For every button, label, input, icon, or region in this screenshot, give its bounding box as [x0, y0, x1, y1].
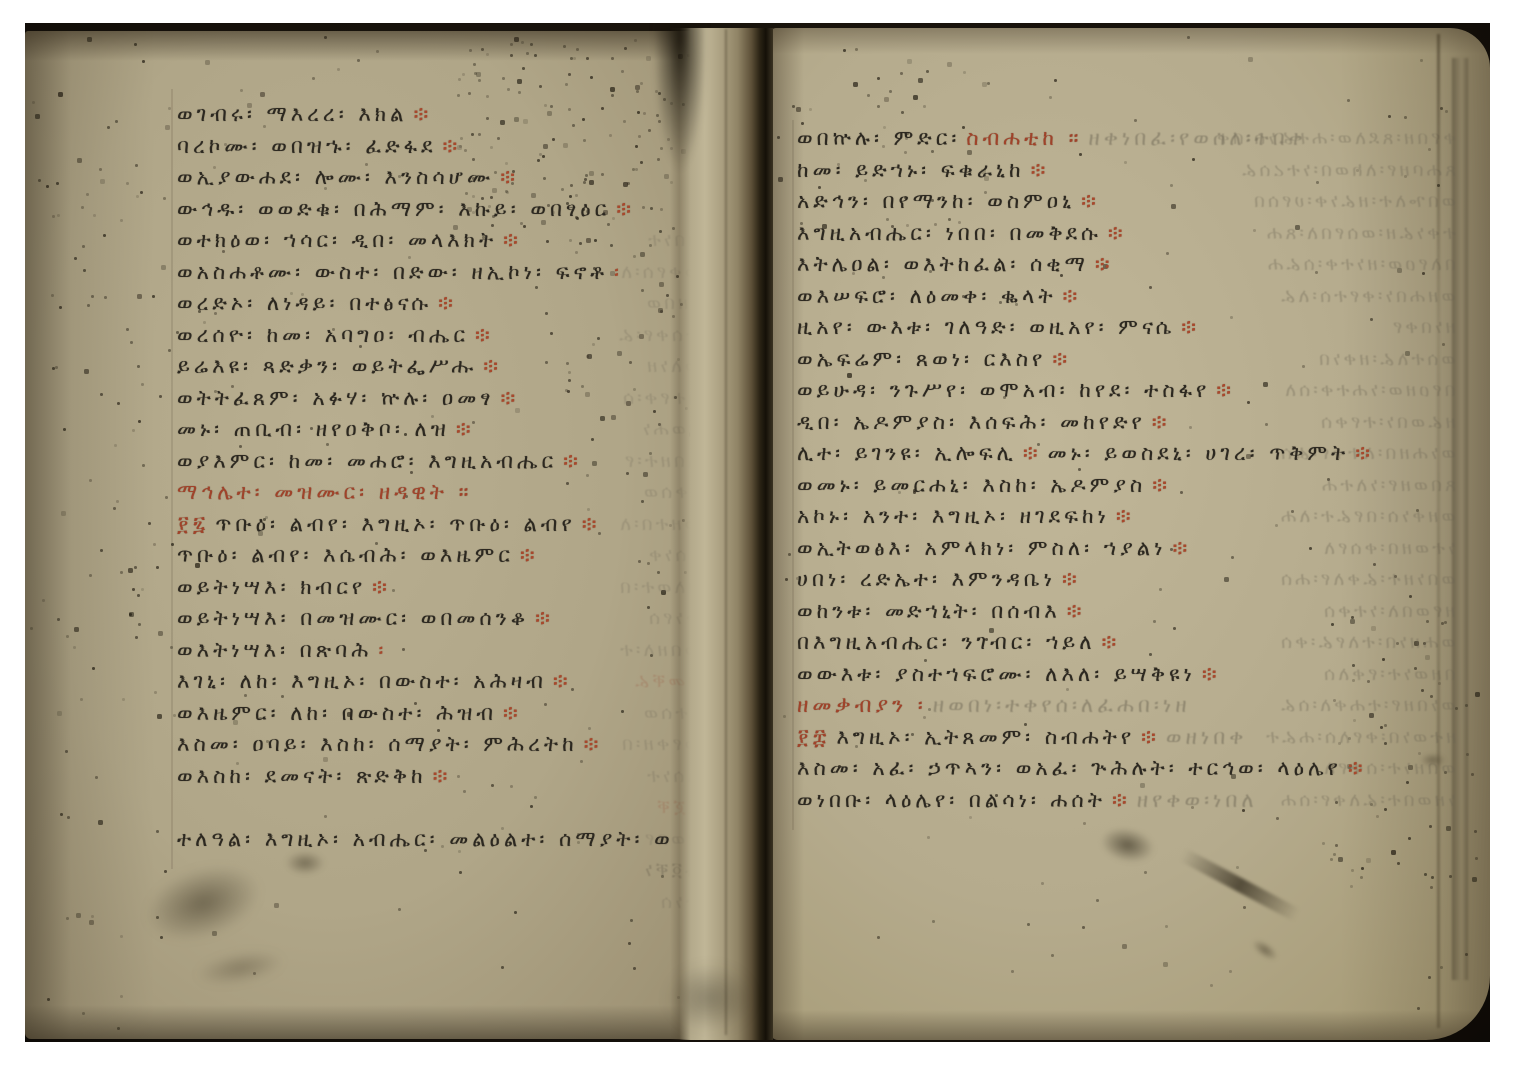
- text-segment: ዘወበነ፡ተቀየሰ፡ለፈሐበ፡ነዘ: [933, 693, 1191, 717]
- rubric-segment: ፨: [483, 354, 502, 378]
- rubric-segment: ፨: [1102, 630, 1121, 654]
- rubric-segment: ፨: [1063, 284, 1082, 308]
- left-page-fold-crease: [725, 29, 727, 1035]
- text-line: ፻፯ጥቡዕ፡ ልብየ፡ እግዚኦ፡ ጥቡዕ፡ ልብየ፨: [177, 511, 600, 543]
- text-line: ፻፰እግዚኦ፡ ኢትጸመም፡ ስብሐትየ፨ወዘነበቀ: [797, 724, 1247, 756]
- text-line: አድኅን፡ በየማንከ፡ ወስምዐኒ፨: [797, 188, 1100, 220]
- text-segment: ወይሁዳ፡ ንጉሥየ፡ ወሞአብ፡ ከየደ፡ ተስፋየ: [797, 378, 1210, 402]
- text-segment: ወትትፈጸም፡ አፉሃ፡ ኵሉ፡ ዐመፃ: [177, 386, 494, 410]
- text-line: እግዚአብሔር፡ ነበበ፡ በመቅደሱ፨: [797, 220, 1127, 252]
- rubric-segment: ዘመቃብያን ፡: [797, 693, 927, 717]
- rubric-segment: ፨: [1031, 158, 1050, 182]
- text-segment: እትሌዐል፡ ወእትከፈል፡ ሰቂማ: [797, 252, 1089, 276]
- rubric-segment: ፨: [563, 449, 582, 473]
- text-segment: መኑ፡ ይወስደኒ፡ ሀገረ፡ ጥቅምት: [1048, 441, 1350, 465]
- rubric-segment: ፨: [500, 165, 519, 189]
- rubric-segment: ፨: [442, 134, 461, 158]
- text-segment: ዘየቀወ፡ነበለ: [1137, 788, 1258, 812]
- parchment-speckles-left: [25, 31, 26, 32]
- text-line: ወረሰዮ፡ ከመ፡ አባግዐ፡ ብሔር፨: [177, 322, 494, 354]
- text-segment: አድኅን፡ በየማንከ፡ ወስምዐኒ: [797, 189, 1075, 213]
- text-line: ወኤፍሬም፡ ጸወነ፡ ርእስየ፨: [797, 346, 1071, 378]
- rubric-segment: ፨: [1141, 725, 1160, 749]
- text-line: ወከንቱ፡ መድኀኒት፡ በሰብእ፨: [797, 598, 1085, 630]
- rubric-segment: ፨: [1052, 347, 1071, 371]
- rubric-segment: ፨: [1081, 189, 1100, 213]
- text-segment: ወነበቡ፡ ላዕሌየ፡ በልሳነ፡ ሐሰት: [797, 788, 1106, 812]
- text-line: ወአስሐቶሙ፡ ውስተ፡ በድው፡ ዘኢኮነ፡ ፍኖቶ፡: [177, 259, 623, 291]
- rubric-segment: ፨: [1112, 788, 1131, 812]
- text-segment: ዲበ፡ ኤዶምያስ፡ እሰፍሕ፡ መከየድየ: [797, 410, 1146, 434]
- text-segment: ወበኵሉ፡ ምድር፡: [797, 126, 960, 150]
- text-line: እገኒ፡ ለከ፡ እግዚኦ፡ በውስተ፡ አሕዛብ፨: [177, 668, 572, 700]
- rubric-segment: ፨: [1348, 756, 1367, 780]
- text-line: ወረድኦ፡ ለነዳይ፡ በተፅናሱ፨: [177, 290, 457, 322]
- text-line: ወይትነሣእ፡ ክብርየ፨: [177, 574, 391, 606]
- rubric-segment: ፨: [1152, 473, 1171, 497]
- right-text-column: ወበኵሉ፡ ምድር፡ስብሐቲከ ።ዘቀነበፈ፡የወሰለ፡ተበቀከመ፡ ይድኀኑ፡…: [797, 125, 1457, 885]
- text-line: ወእዜምር፡ ለከ፡ በውስተ፡ ሕዝብ፨: [177, 700, 522, 732]
- left-page: ዘበነተወቀየሰ፡ለነዘበወተሰቀየ፡ፈወለነዘበተየቀ፡ሰዘወሐነለበዘተ፡የ…: [25, 31, 703, 1039]
- text-segment: እስመ፡ ዐባይ፡ እስከ፡ ሰማያት፡ ምሕረትከ: [177, 732, 578, 756]
- rubric-segment: ፨: [1108, 221, 1127, 245]
- rubric-segment: ፻፯: [177, 512, 209, 536]
- text-line: ወይሁዳ፡ ንጉሥየ፡ ወሞአብ፡ ከየደ፡ ተስፋየ፨: [797, 377, 1235, 409]
- rubric-segment: ፨: [553, 669, 572, 693]
- rubric-segment: ፨: [1355, 441, 1374, 465]
- text-line: ይሬእዩ፡ ጻድቃን፡ ወይትፌሥሑ፨: [177, 353, 502, 385]
- text-segment: ወከንቱ፡ መድኀኒት፡ በሰብእ: [797, 599, 1061, 623]
- text-line: ወእስከ፡ ደመናት፡ ጽድቅከ፨: [177, 763, 451, 795]
- text-line: ውኅዱ፡ ወወድቁ፡ በሕማም፡ እኩይ፡ ወበፃዕር፨: [177, 196, 635, 228]
- text-segment: ወኤፍሬም፡ ጸወነ፡ ርእስየ: [797, 347, 1046, 371]
- rubric-segment: ፨: [1216, 378, 1235, 402]
- text-segment: ወኢትወፅእ፡ አምላክነ፡ ምስለ፡ ኀያልነ: [797, 536, 1166, 560]
- text-segment: ወተክዕወ፡ ኀሳር፡ ዲበ፡ መላእክት: [177, 228, 497, 252]
- text-segment: ከመ፡ ይድኀኑ፡ ፍቁራኒከ: [797, 158, 1025, 182]
- text-segment: ዘቀነበፈ፡የወሰለ፡ተበቀ: [1088, 126, 1306, 150]
- text-segment: ወዘነበቀ: [1166, 725, 1248, 749]
- manuscript-photo: ዘበነተወቀየሰ፡ለነዘበወተሰቀየ፡ፈወለነዘበተየቀ፡ሰዘወሐነለበዘተ፡የ…: [25, 23, 1490, 1042]
- rubric-segment: ፻፰: [797, 725, 830, 749]
- rubric-segment: ፨: [503, 228, 522, 252]
- text-line: ወገብሩ፡ ማእረረ፡ እክል፨: [177, 101, 432, 133]
- rubric-segment: ፨: [1095, 252, 1114, 276]
- rubric-segment: ፨: [372, 575, 391, 599]
- rubric-segment: ፨: [1152, 410, 1171, 434]
- text-segment: ወአስሐቶሙ፡ ውስተ፡ በድው፡ ዘኢኮነ፡ ፍኖቶ: [177, 260, 608, 284]
- text-line: እትሌዐል፡ ወእትከፈል፡ ሰቂማ፨: [797, 251, 1114, 283]
- text-segment: ወገብሩ፡ ማእረረ፡ እክል: [177, 102, 407, 126]
- rubric-segment: ፨: [1116, 504, 1135, 528]
- rubric-segment: ፨: [413, 102, 432, 126]
- text-line: ተለዓል፡ እግዚኦ፡ አብሔር፡ መልዕልተ፡ ሰማያት፡ ወ: [177, 826, 674, 858]
- text-segment: ወረድኦ፡ ለነዳይ፡ በተፅናሱ: [177, 291, 432, 315]
- text-segment: እስመ፡ አፈ፡ ኃጥኣን፡ ወአፈ፡ ጕሕሉት፡ ተርኅወ፡ ላዕሌየ: [797, 756, 1342, 780]
- text-segment: ወመኑ፡ ይመርሐኒ፡ እስከ፡ ኤዶምያስ: [797, 473, 1146, 497]
- text-segment: ወይትነሣእ፡ በመዝሙር፡ ወበመሰንቆ: [177, 606, 529, 630]
- text-segment: ይሬእዩ፡ ጻድቃን፡ ወይትፌሥሑ: [177, 354, 477, 378]
- text-segment: ባረኮሙ፡ ወበዝኁ፡ ፈድፋደ: [177, 134, 436, 158]
- text-line: ዲበ፡ ኤዶምያስ፡ እሰፍሕ፡ መከየድየ፨: [797, 409, 1171, 441]
- text-segment: ተለዓል፡ እግዚኦ፡ አብሔር፡ መልዕልተ፡ ሰማያት፡ ወ: [177, 827, 674, 851]
- text-line: ጥቡዕ፡ ልብየ፡ እሴብሕ፡ ወእዜምር፨: [177, 542, 539, 574]
- rubric-segment: ፨: [1062, 567, 1081, 591]
- text-line: ሀበነ፡ ረድኤተ፡ እምንዳቤነ፨: [797, 566, 1081, 598]
- text-line: ዚአየ፡ ውእቱ፡ ገለዓድ፡ ወዚአየ፡ ምናሴ፨: [797, 314, 1200, 346]
- book-gutter: [670, 28, 773, 1040]
- rubric-segment: ፨: [1172, 536, 1191, 560]
- left-text-column: ወገብሩ፡ ማእረረ፡ እክል፨ባረኮሙ፡ ወበዝኁ፡ ፈድፋደ፨ወኢያውሐደ፡…: [177, 101, 703, 1031]
- text-line: ወእሠፍሮ፡ ለዕመቀ፡ ቈላት፨: [797, 283, 1081, 315]
- rubric-segment: ፨: [500, 386, 519, 410]
- rubric-segment: ፨: [433, 764, 452, 788]
- text-line: ሊተ፡ ይገንዩ፡ ኢሎፍሊ፨መኑ፡ ይወስደኒ፡ ሀገረ፡ ጥቅምት፨: [797, 440, 1374, 472]
- text-segment: እገኒ፡ ለከ፡ እግዚኦ፡ በውስተ፡ አሕዛብ: [177, 669, 547, 693]
- rubric-segment: ፨: [503, 701, 522, 725]
- text-line: ወተክዕወ፡ ኀሳር፡ ዲበ፡ መላእክት፨: [177, 227, 522, 259]
- rubric-segment: ስብሐቲከ ።: [966, 126, 1082, 150]
- text-line: ወበኵሉ፡ ምድር፡ስብሐቲከ ።ዘቀነበፈ፡የወሰለ፡ተበቀ: [797, 125, 1307, 157]
- text-line: በእግዚአብሔር፡ ንገብር፡ ኀይለ፨: [797, 629, 1120, 661]
- text-line: ማኅሌተ፡ መዝሙር፡ ዘዳዊት ።: [177, 479, 472, 511]
- text-segment: ወእስከ፡ ደመናት፡ ጽድቅከ: [177, 764, 427, 788]
- text-line: ወይትነሣእ፡ በመዝሙር፡ ወበመሰንቆ፨: [177, 605, 554, 637]
- text-line: ወውእቱ፡ ያስተኀፍሮሙ፡ ለእለ፡ ይሣቅዩነ፨: [797, 661, 1221, 693]
- rubric-segment: ፨: [582, 512, 601, 536]
- text-line: ወኢያውሐደ፡ ሎሙ፡ እንስሳሆሙ፨: [177, 164, 519, 196]
- rubric-segment: ፨: [520, 543, 539, 567]
- text-segment: ወእትነሣእ፡ በጽባሕ: [177, 638, 372, 662]
- text-line: ወትትፈጸም፡ አፉሃ፡ ኵሉ፡ ዐመፃ፨: [177, 385, 519, 417]
- text-line: ወነበቡ፡ ላዕሌየ፡ በልሳነ፡ ሐሰት፨ዘየቀወ፡ነበለ: [797, 787, 1258, 819]
- text-segment: ውኅዱ፡ ወወድቁ፡ በሕማም፡ እኩይ፡ ወበፃዕር: [177, 197, 610, 221]
- text-line: ባረኮሙ፡ ወበዝኁ፡ ፈድፋደ፨: [177, 133, 461, 165]
- text-segment: እግዚአብሔር፡ ነበበ፡ በመቅደሱ: [797, 221, 1102, 245]
- rubric-segment: ማኅሌተ፡ መዝሙር፡ ዘዳዊት ።: [177, 480, 472, 504]
- rubric-segment: ፨: [438, 291, 457, 315]
- text-line: ወኢትወፅእ፡ አምላክነ፡ ምስለ፡ ኀያልነ፨: [797, 535, 1191, 567]
- rubric-segment: ፨: [1181, 315, 1200, 339]
- rubric-segment: ፨: [1202, 662, 1221, 686]
- text-segment: መኑ፡ ጠቢብ፡ ዘየዐቅቦ፡ ለዝ: [177, 417, 450, 441]
- text-segment: ወረሰዮ፡ ከመ፡ አባግዐ፡ ብሔር: [177, 323, 469, 347]
- text-segment: እግዚኦ፡ ኢትጸመም፡ ስብሐትየ: [836, 725, 1135, 749]
- rubric-segment: ፨: [535, 606, 554, 630]
- text-segment: በእግዚአብሔር፡ ንገብር፡ ኀይለ: [797, 630, 1096, 654]
- text-segment: አኮኑ፡ አንተ፡ እግዚኦ፡ ዘገደፍከነ: [797, 504, 1110, 528]
- text-segment: ወውእቱ፡ ያስተኀፍሮሙ፡ ለእለ፡ ይሣቅዩነ: [797, 662, 1196, 686]
- rubric-segment: ፨: [616, 197, 635, 221]
- text-line: አኮኑ፡ አንተ፡ እግዚኦ፡ ዘገደፍከነ፨: [797, 503, 1135, 535]
- text-segment: ወይትነሣእ፡ ክብርየ: [177, 575, 366, 599]
- text-segment: ወያእምር፡ ከመ፡ መሐሮ፡ እግዚአብሔር: [177, 449, 557, 473]
- rubric-segment: ፨: [1023, 441, 1042, 465]
- text-line: ወእትነሣእ፡ በጽባሕ፡: [177, 637, 387, 669]
- text-segment: ወእዜምር፡ ለከ፡ በውስተ፡ ሕዝብ: [177, 701, 497, 725]
- rubric-segment: ፡: [614, 260, 623, 284]
- text-line: ዘመቃብያን ፡ዘወበነ፡ተቀየሰ፡ለፈሐበ፡ነዘ: [797, 692, 1191, 724]
- text-line: እስመ፡ አፈ፡ ኃጥኣን፡ ወአፈ፡ ጕሕሉት፡ ተርኅወ፡ ላዕሌየ፨: [797, 755, 1367, 787]
- text-line: እስመ፡ ዐባይ፡ እስከ፡ ሰማያት፡ ምሕረትከ፨: [177, 731, 602, 763]
- text-segment: ጥቡዕ፡ ልብየ፡ እግዚኦ፡ ጥቡዕ፡ ልብየ: [215, 512, 575, 536]
- text-segment: ወእሠፍሮ፡ ለዕመቀ፡ ቈላት: [797, 284, 1057, 308]
- text-line: ከመ፡ ይድኀኑ፡ ፍቁራኒከ፨: [797, 157, 1049, 189]
- text-segment: ሀበነ፡ ረድኤተ፡ እምንዳቤነ: [797, 567, 1056, 591]
- rubric-segment: ፨: [475, 323, 494, 347]
- text-line: ወመኑ፡ ይመርሐኒ፡ እስከ፡ ኤዶምያስ፨: [797, 472, 1171, 504]
- rubric-segment: ፨: [456, 417, 475, 441]
- text-line: ወያእምር፡ ከመ፡ መሐሮ፡ እግዚአብሔር፨: [177, 448, 582, 480]
- text-segment: ወኢያውሐደ፡ ሎሙ፡ እንስሳሆሙ: [177, 165, 494, 189]
- rubric-segment: ፡: [378, 638, 387, 662]
- text-line: መኑ፡ ጠቢብ፡ ዘየዐቅቦ፡ ለዝ፨: [177, 416, 475, 448]
- rubric-segment: ፨: [1067, 599, 1086, 623]
- text-segment: ጥቡዕ፡ ልብየ፡ እሴብሕ፡ ወእዜምር: [177, 543, 514, 567]
- text-segment: ዚአየ፡ ውእቱ፡ ገለዓድ፡ ወዚአየ፡ ምናሴ: [797, 315, 1175, 339]
- right-page: ቀየበዘ፡ጸደለወ፡ሐተፈነሰ፡በቀጸሐቦዘየ፡ለከወበ፡ነተረሰፈወበጐለተ፡…: [770, 28, 1490, 1040]
- rubric-segment: ፨: [584, 732, 603, 756]
- text-segment: ሊተ፡ ይገንዩ፡ ኢሎፍሊ: [797, 441, 1017, 465]
